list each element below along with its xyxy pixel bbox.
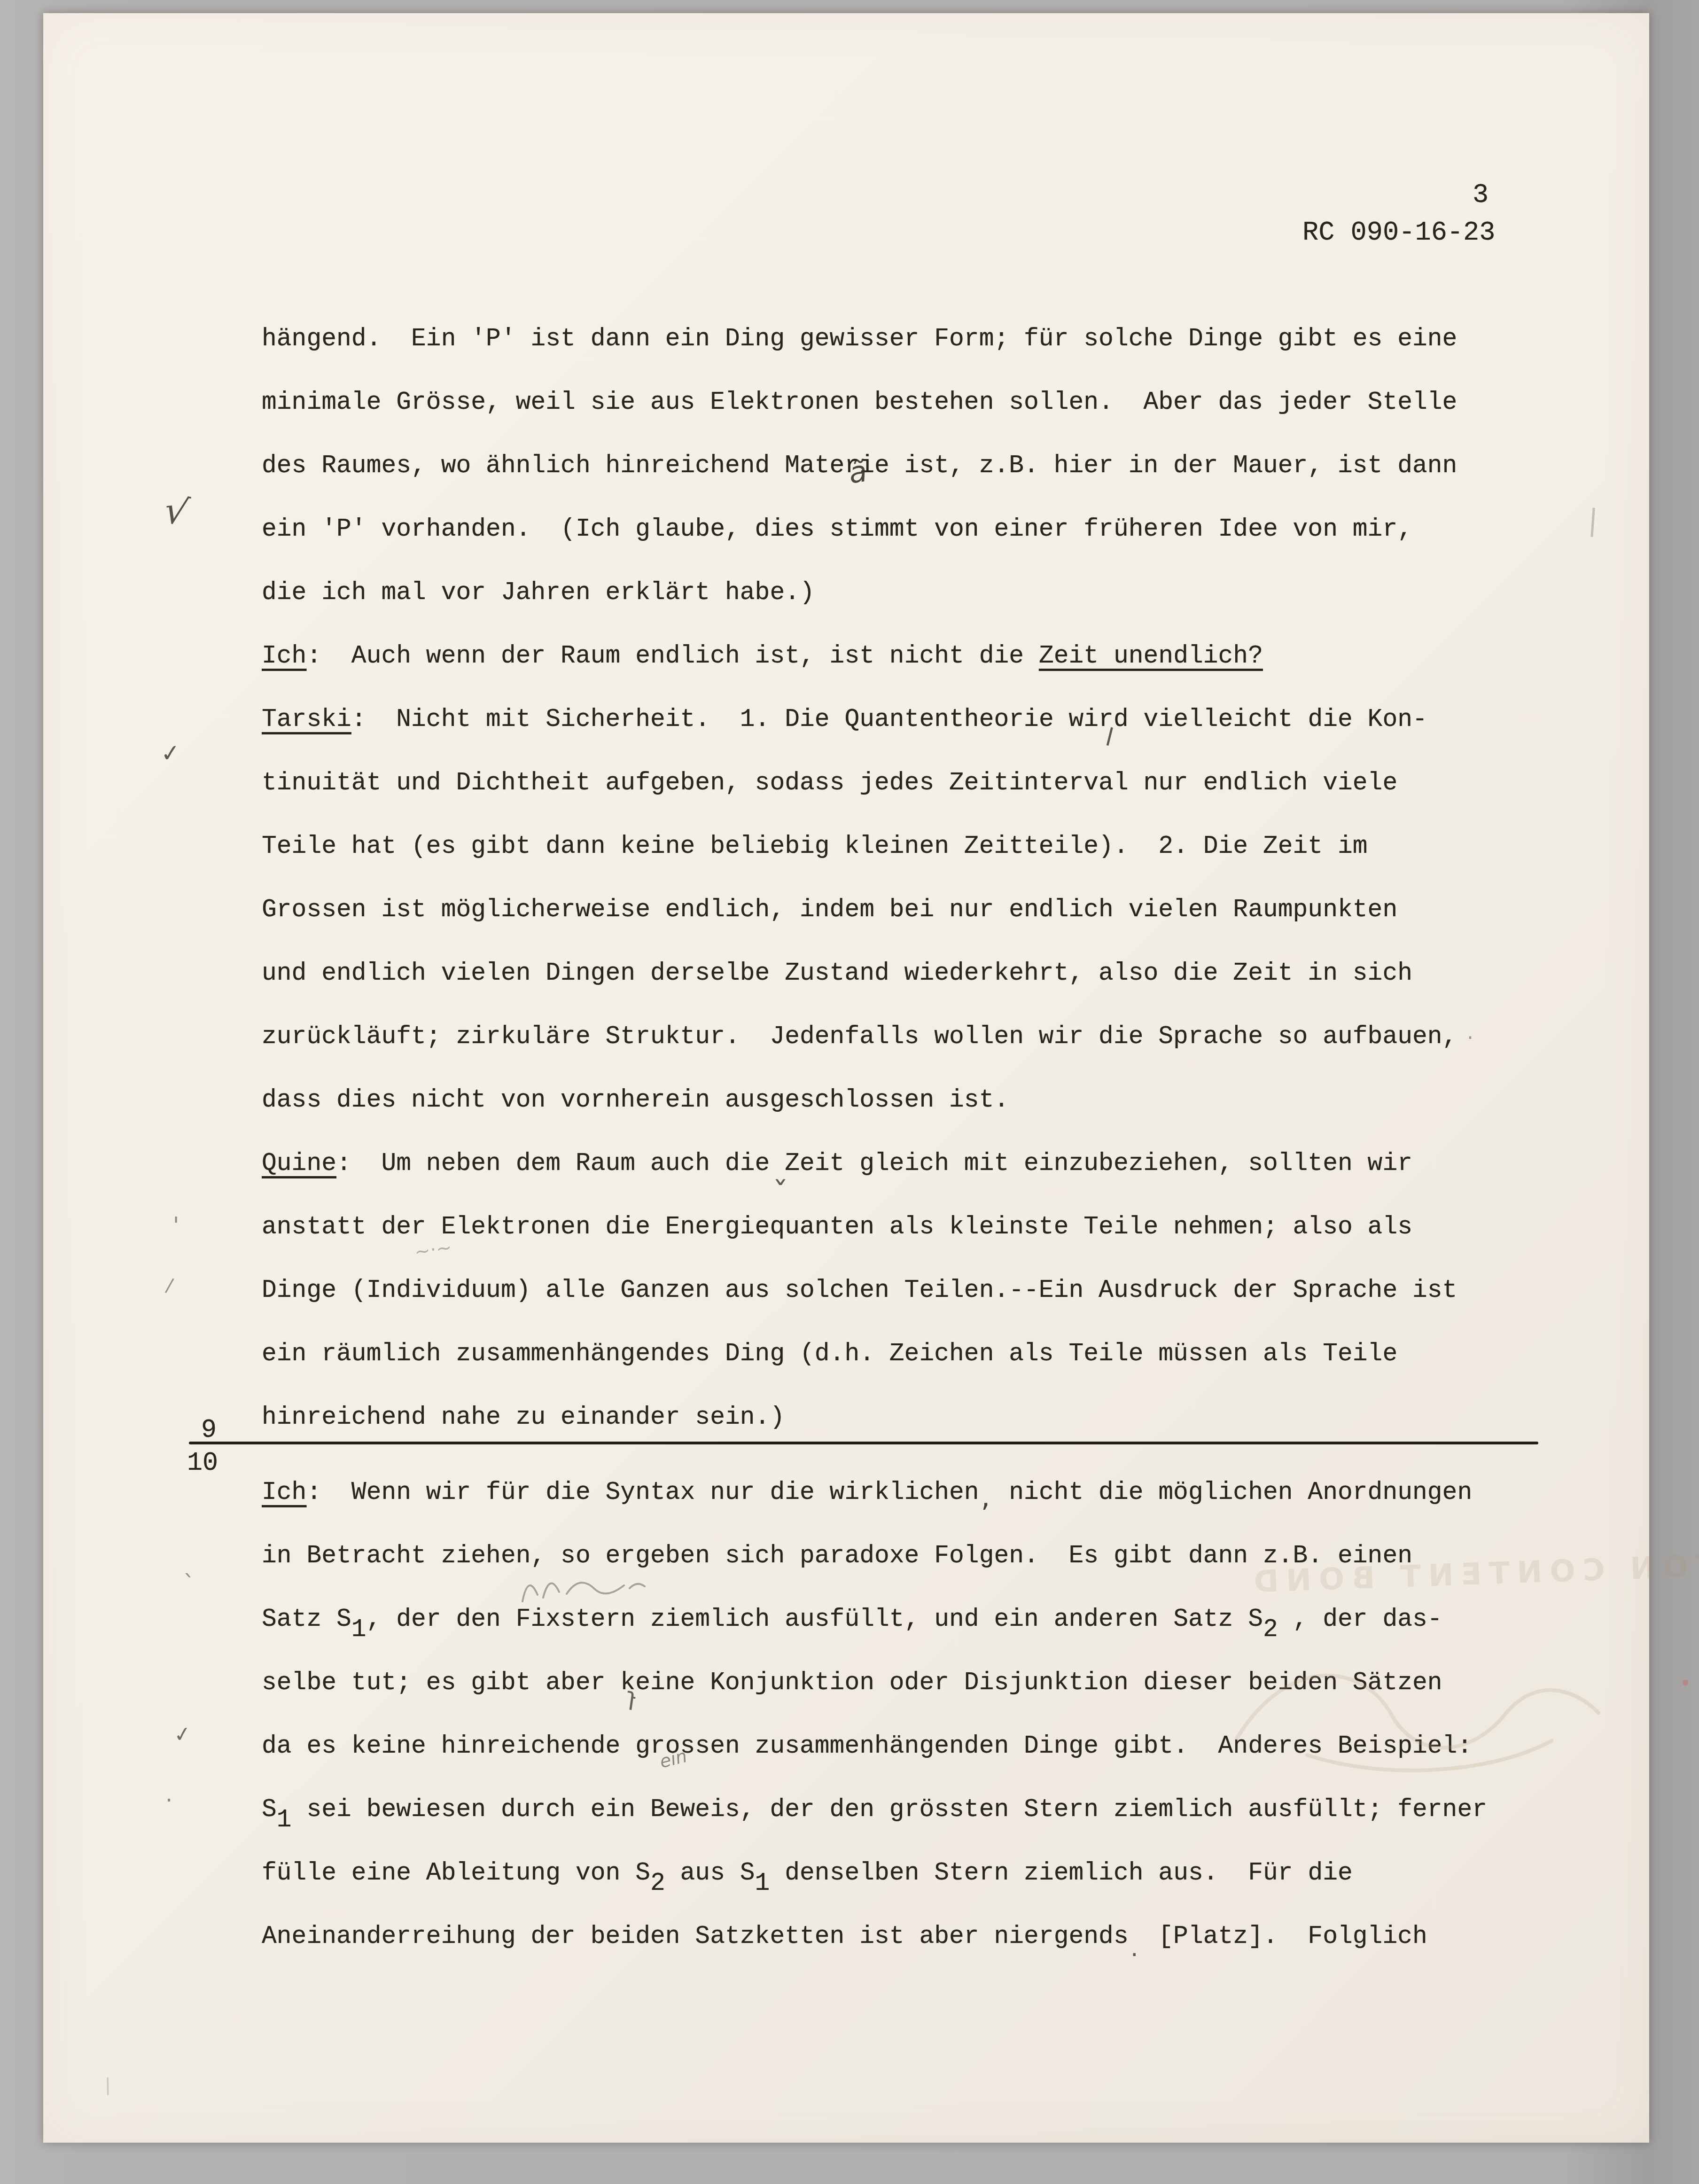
- text-segment: anstatt der Elektronen die Energiequante…: [262, 1213, 1412, 1241]
- stray-dot-after-aufbauen: ·: [1467, 1028, 1473, 1049]
- text-segment: : Um neben dem Raum auch die Zeit gleich…: [336, 1149, 1412, 1178]
- text-segment: dass dies nicht von vornherein ausgeschl…: [262, 1086, 1009, 1114]
- text-segment: in Betracht ziehen, so ergeben sich para…: [262, 1542, 1412, 1570]
- typed-line: minimale Grösse, weil sie aus Elektronen…: [262, 387, 1457, 418]
- typed-line: anstatt der Elektronen die Energiequante…: [262, 1211, 1412, 1242]
- underlined-text: Ich: [262, 1478, 306, 1506]
- text-segment: und endlich vielen Dingen derselbe Zusta…: [262, 959, 1412, 987]
- margin-number-top: 9: [201, 1415, 217, 1445]
- typed-line: in Betracht ziehen, so ergeben sich para…: [262, 1540, 1412, 1571]
- subscript-text: 1: [351, 1615, 366, 1644]
- text-segment: ein 'P' vorhanden. (Ich glaube, dies sti…: [262, 515, 1412, 543]
- typed-line: Quine: Um neben dem Raum auch die Zeit g…: [262, 1148, 1412, 1179]
- pink-fleck: ●: [1682, 1678, 1689, 1686]
- margin-tick-grave: `: [183, 1572, 195, 1596]
- margin-checkmark-large: √: [161, 491, 191, 532]
- text-segment: minimale Grösse, weil sie aus Elektronen…: [262, 388, 1457, 416]
- typed-line: Tarski: Nicht mit Sicherheit. 1. Die Qua…: [262, 704, 1427, 735]
- text-segment: , der den Fixstern ziemlich ausfüllt, un…: [366, 1605, 1263, 1633]
- document-reference: RC 090-16-23: [1302, 218, 1495, 248]
- typed-line: dass dies nicht von vornherein ausgeschl…: [262, 1084, 1009, 1115]
- stray-dot-after-niergends: .: [1130, 1936, 1138, 1960]
- typed-line: Ich: Auch wenn der Raum endlich ist, ist…: [262, 640, 1263, 671]
- typed-line: Ich: Wenn wir für die Syntax nur die wir…: [262, 1477, 1472, 1508]
- scanned-typescript-page: 3 RC 090-16-23 hängend. Ein 'P' ist dann…: [0, 0, 1699, 2184]
- typed-line: und endlich vielen Dingen derselbe Zusta…: [262, 958, 1412, 989]
- text-segment: denselben Stern ziemlich aus. Für die: [770, 1859, 1352, 1887]
- typed-line: Grossen ist möglicherweise endlich, inde…: [262, 894, 1397, 925]
- text-segment: ein räumlich zusammenhängendes Ding (d.h…: [262, 1340, 1397, 1368]
- subscript-text: 1: [755, 1869, 770, 1897]
- bleedthrough-signature-scribble: [1223, 1635, 1617, 1776]
- text-segment: sei bewiesen durch ein Beweis, der den g…: [292, 1795, 1487, 1824]
- pencil-scribble-above-fixstern: [514, 1560, 655, 1607]
- typed-line: ein räumlich zusammenhängendes Ding (d.h…: [262, 1338, 1397, 1369]
- typed-line: ein 'P' vorhanden. (Ich glaube, dies sti…: [262, 514, 1412, 545]
- text-segment: aus S: [665, 1859, 755, 1887]
- typed-line: Teile hat (es gibt dann keine beliebig k…: [262, 831, 1368, 862]
- text-segment: : Wenn wir für die Syntax nur die wirkli…: [306, 1478, 1472, 1506]
- subscript-text: 1: [277, 1806, 292, 1834]
- text-segment: Teile hat (es gibt dann keine beliebig k…: [262, 832, 1368, 860]
- corner-pencil-tick: /: [101, 2075, 115, 2097]
- page-number: 3: [1473, 180, 1489, 211]
- underlined-text: Quine: [262, 1149, 336, 1178]
- typed-line: tinuität und Dichtheit aufgeben, sodass …: [262, 767, 1397, 798]
- text-segment: hängend. Ein 'P' ist dann ein Ding gewis…: [262, 325, 1457, 353]
- typed-line: Dinge (Individuum) alle Ganzen aus solch…: [262, 1275, 1457, 1306]
- typed-line: Satz S1, der den Fixstern ziemlich ausfü…: [262, 1604, 1442, 1635]
- text-segment: hinreichend nahe zu einander sein.): [262, 1403, 785, 1431]
- text-segment: fülle eine Ableitung von S: [262, 1859, 650, 1887]
- underlined-text: Zeit unendlich?: [1039, 642, 1263, 670]
- margin-tick-apostrophe: ': [173, 1214, 179, 1237]
- text-segment: zurückläuft; zirkuläre Struktur. Jedenfa…: [262, 1022, 1457, 1051]
- section-divider-line: [189, 1442, 1538, 1444]
- margin-checkmark-small: ✓: [160, 741, 181, 765]
- margin-dot: ·: [165, 1789, 172, 1812]
- typed-line: Aneinanderreihung der beiden Satzketten …: [262, 1921, 1427, 1952]
- text-segment: S: [262, 1795, 277, 1824]
- underlined-text: Ich: [262, 642, 306, 670]
- underlined-text: Tarski: [262, 705, 351, 733]
- pencil-scribble-above-individuum: ~·~: [413, 1238, 453, 1262]
- text-segment: Aneinanderreihung der beiden Satzketten …: [262, 1922, 1427, 1950]
- margin-tick-slash: /: [164, 1276, 175, 1295]
- text-segment: , der das-: [1278, 1605, 1442, 1633]
- text-segment: Satz S: [262, 1605, 351, 1633]
- subscript-text: 2: [650, 1869, 665, 1897]
- caron-above-energiequanten: ˇ: [772, 1178, 788, 1210]
- text-segment: : Nicht mit Sicherheit. 1. Die Quantenth…: [351, 705, 1427, 733]
- margin-checkmark-2: ✓: [172, 1724, 193, 1747]
- right-edge-pencil-dash: |: [1587, 505, 1599, 535]
- typed-line: hängend. Ein 'P' ist dann ein Ding gewis…: [262, 323, 1457, 354]
- typed-line: hinreichend nahe zu einander sein.): [262, 1402, 785, 1433]
- margin-number-bottom: 10: [187, 1448, 218, 1478]
- text-segment: Grossen ist möglicherweise endlich, inde…: [262, 896, 1397, 924]
- pencil-scribble-above-beweis: ein: [658, 1747, 689, 1771]
- typed-line: fülle eine Ableitung von S2 aus S1 dense…: [262, 1857, 1353, 1888]
- typed-line: die ich mal vor Jahren erklärt habe.): [262, 577, 815, 608]
- text-segment: Dinge (Individuum) alle Ganzen aus solch…: [262, 1276, 1457, 1304]
- text-segment: die ich mal vor Jahren erklärt habe.): [262, 578, 815, 607]
- text-segment: tinuität und Dichtheit aufgeben, sodass …: [262, 769, 1397, 797]
- typed-line: zurückläuft; zirkuläre Struktur. Jedenfa…: [262, 1021, 1457, 1052]
- typed-line: S1 sei bewiesen durch ein Beweis, der de…: [262, 1794, 1487, 1825]
- document-page: 3 RC 090-16-23 hängend. Ein 'P' ist dann…: [43, 13, 1649, 2143]
- handwritten-comma-after-wirklichen: ,: [981, 1483, 990, 1511]
- text-segment: : Auch wenn der Raum endlich ist, ist ni…: [306, 642, 1038, 670]
